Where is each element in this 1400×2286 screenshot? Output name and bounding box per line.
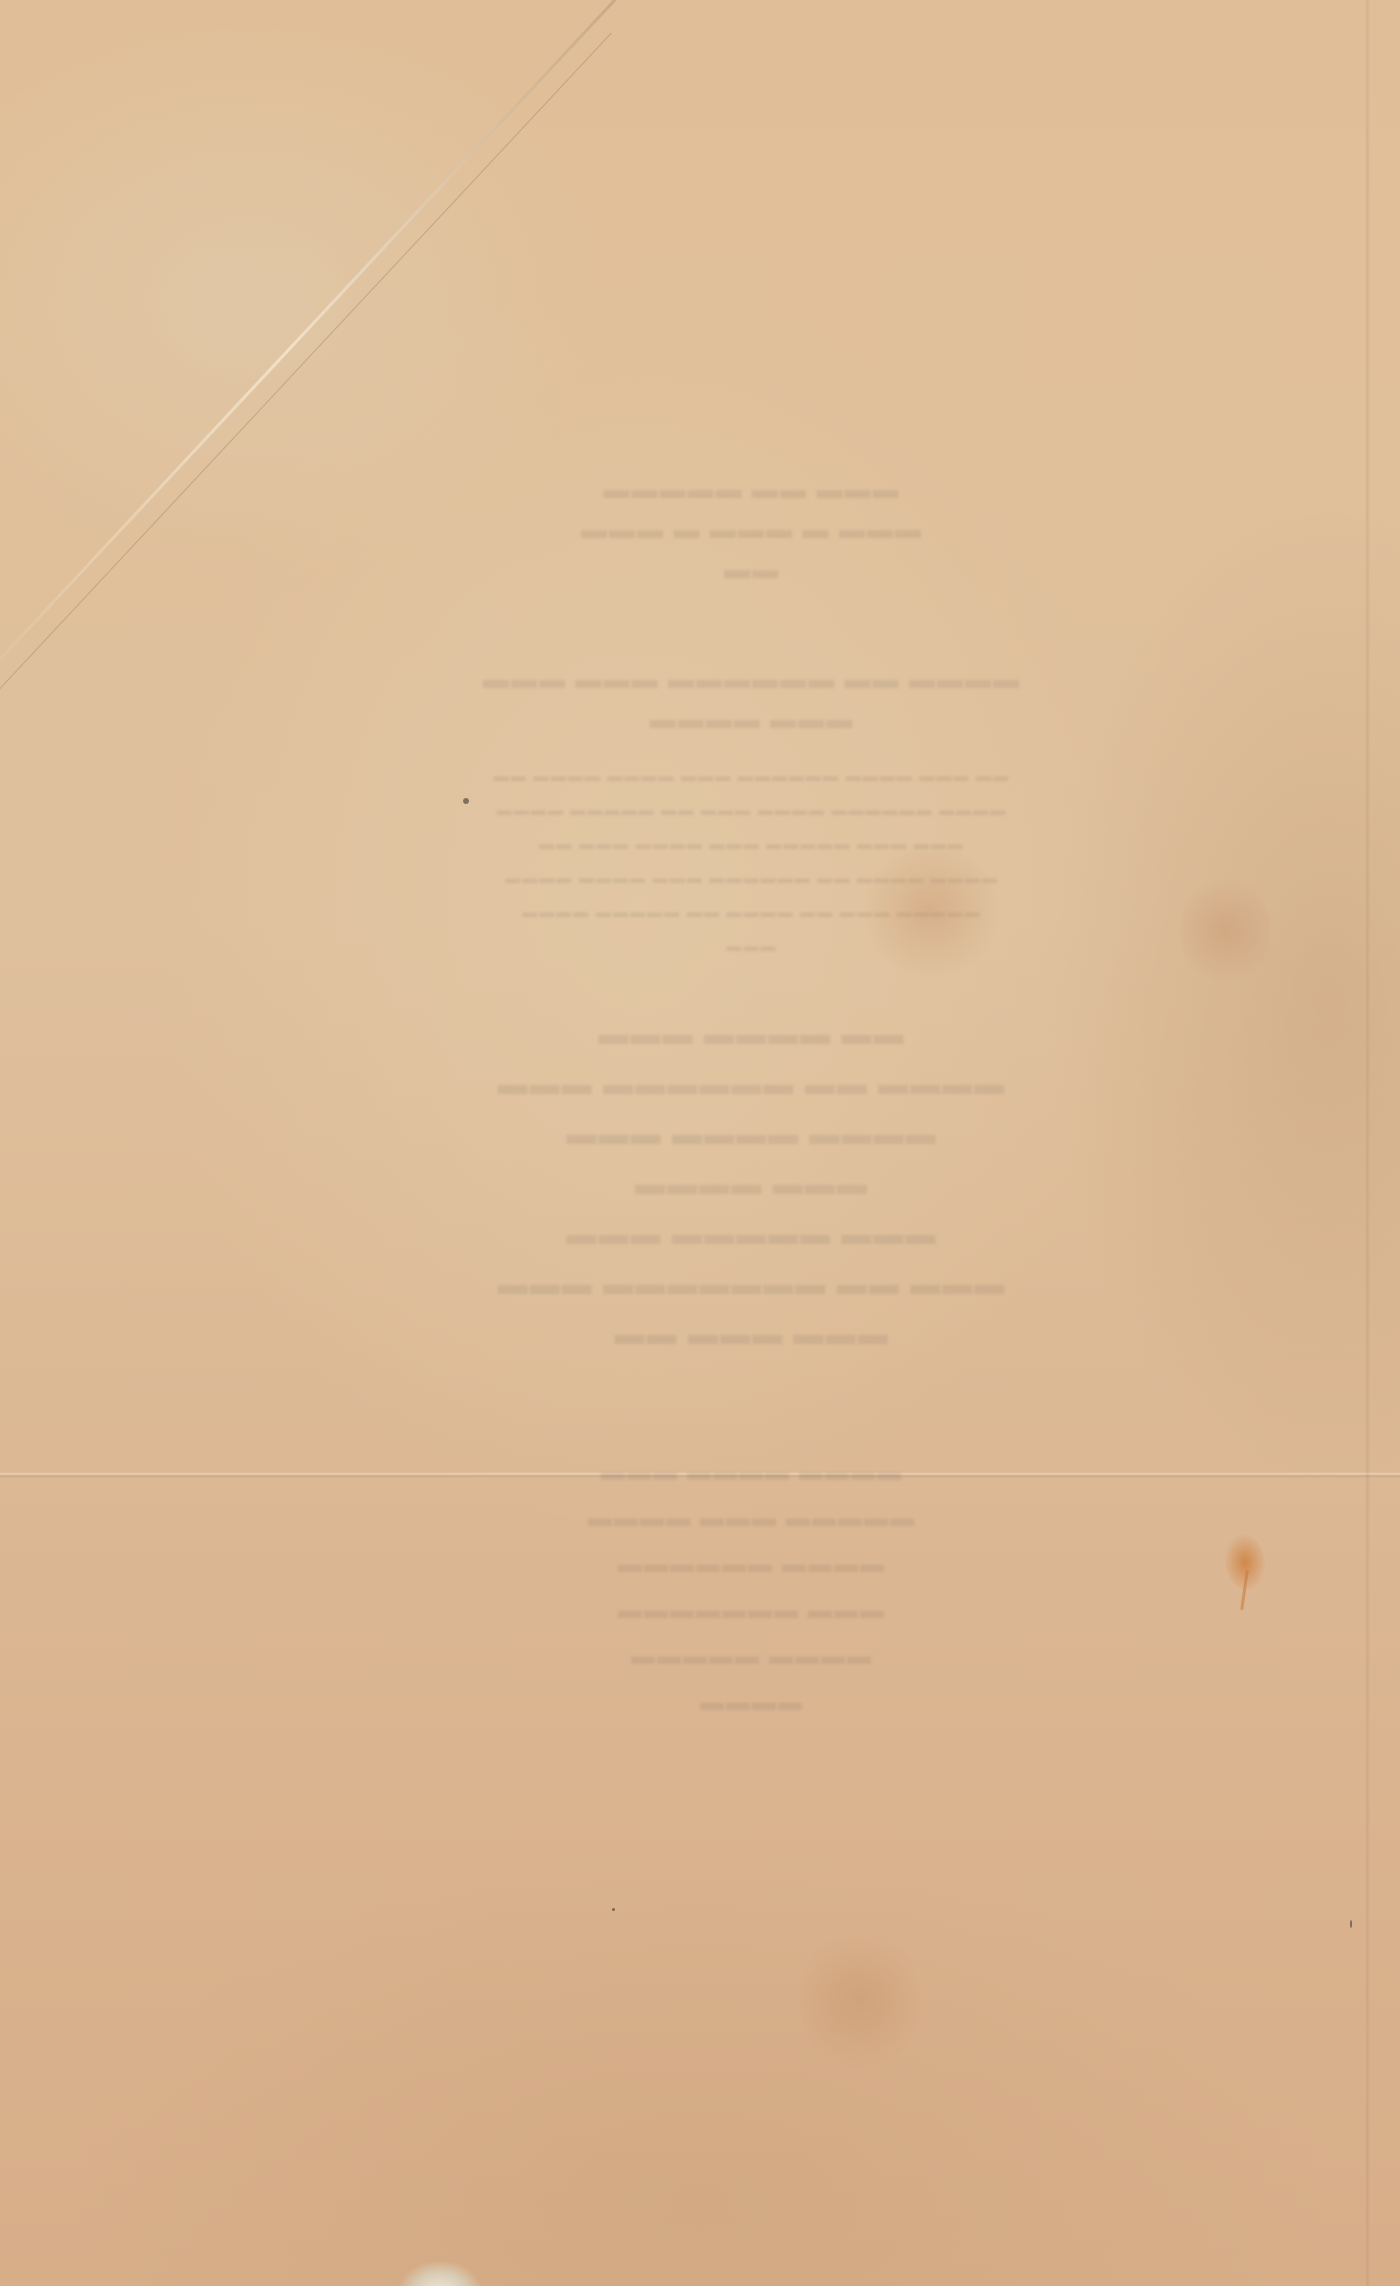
show-through-block: ▬▬▬▬ ▬▬ ▬▬▬▬▬▬ ▬▬▬ ▬▬▬▬▬▬ ▬▬▬▬ [300,660,1200,740]
ink-speck [1350,1920,1352,1928]
diagonal-crease [0,0,617,702]
show-through-block: ▬▬▬▬ ▬▬▬▬ ▬▬▬▬▬▬▬▬ ▬▬▬ ▬▬▬▬▬▬▬▬ ▬▬▬▬▬▬▬▬… [300,1450,1200,1726]
bottom-edge-tear [400,2262,480,2286]
ink-speck [463,798,469,804]
show-through-block: ▬▬▬ ▬▬ ▬▬▬▬▬▬▬▬ ▬ ▬▬▬ ▬ ▬▬▬▬▬ [300,470,1200,590]
foxing-spot [1180,870,1270,990]
diagonal-crease-shadow [0,33,612,721]
scanned-page: ▬▬▬ ▬▬ ▬▬▬▬▬▬▬▬ ▬ ▬▬▬ ▬ ▬▬▬▬▬ ▬▬▬▬ ▬▬ ▬▬… [0,0,1400,2286]
show-through-block: ▬▬ ▬▬▬▬ ▬▬▬▬▬▬▬ ▬▬ ▬▬▬▬▬▬ ▬▬▬▬▬▬▬ ▬▬▬▬ ▬… [300,1010,1200,1360]
foxing-spot [800,1920,920,2080]
foxing-spot [860,840,1000,980]
right-edge-fold [1365,0,1370,2286]
show-through-block: ▬▬ ▬▬▬ ▬▬▬▬ ▬▬▬▬▬▬ ▬▬▬ ▬▬▬▬ ▬▬▬▬ ▬▬▬▬▬▬ … [300,760,1200,964]
ink-speck [612,1908,615,1911]
